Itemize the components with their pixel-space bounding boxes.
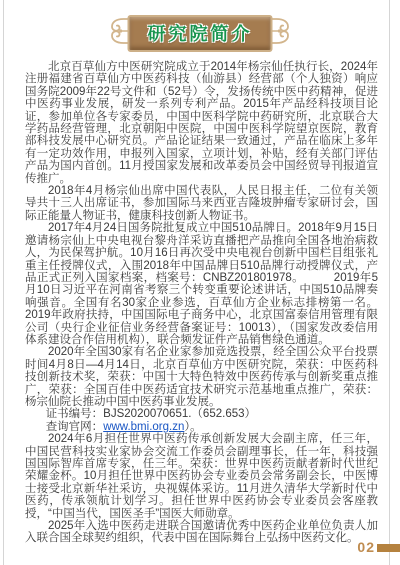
paragraph-2020-honors: 2020年全国30家有名企业家参加竞选投票，经全国公众平台投票时间4月8日—4月… — [25, 346, 378, 408]
paragraph-2024-positions: 2024年6月担任世界中医药传承创新发展大会副主席，任三年，中国民营科技实业家协… — [25, 433, 378, 520]
certificate-query-label: 查询官网： — [46, 421, 104, 433]
certificate-query-line: 查询官网：www.bmi.org.zn）。 — [25, 421, 378, 433]
paragraph-brand-510: 2017年4月24日国务院批复成立中国510品牌日。2018年9月15日邀请杨宗… — [25, 222, 378, 346]
banner-bar: 研究院简介 — [128, 15, 273, 52]
paragraph-2025-un: 2025年入选中医药走进联合国邀请优秀中医药企业单位负责人加入联合国全球契约组织… — [25, 520, 378, 545]
certificate-query-suffix: ）。 — [184, 421, 201, 433]
document-body: 北京百草仙方中医研究院成立于2014年杨宗仙任执行长，2024年注册福建省百草仙… — [25, 61, 378, 545]
page-number-bar — [377, 544, 400, 552]
page-title: 研究院简介 — [148, 24, 253, 44]
certificate-number-line: 证书编号：BJS2020070651.（652.653） — [25, 408, 378, 420]
paragraph-history: 北京百草仙方中医研究院成立于2014年杨宗仙任执行长，2024年注册福建省百草仙… — [25, 61, 378, 185]
page-number: 02 — [357, 539, 375, 555]
title-banner: 研究院简介 — [116, 12, 285, 55]
paragraph-2018-awards: 2018年4月杨宗仙出席中国代表队，人民日报主任，二位有关领导共十三人出席证书，… — [25, 185, 378, 222]
page-edge-line-left — [3, 0, 4, 565]
page-edge-line-right — [389, 0, 390, 565]
certificate-url-link[interactable]: www.bmi.org.zn — [103, 421, 184, 433]
